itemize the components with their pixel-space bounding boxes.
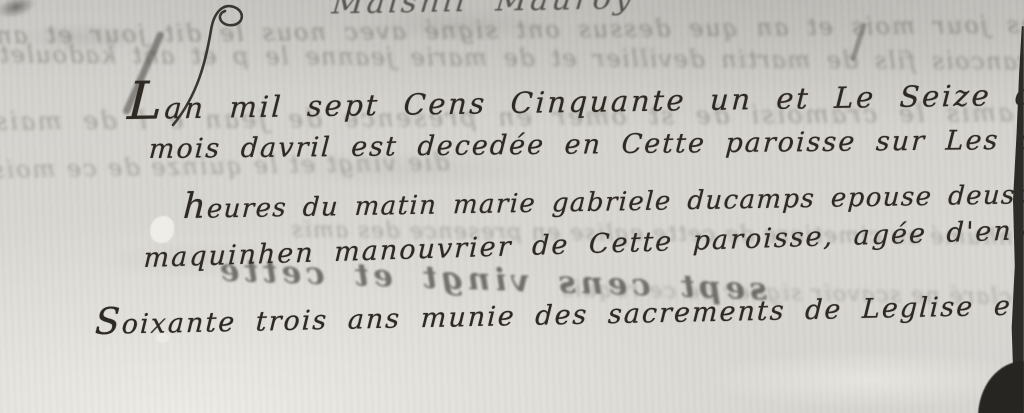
- page-corner-shadow: [978, 361, 1024, 413]
- paper-flaw-spot: [150, 216, 174, 243]
- corner-ink-speck: [0, 0, 38, 22]
- manuscript-scan-page: les jour mois et an que dessus ont signé…: [0, 0, 1024, 413]
